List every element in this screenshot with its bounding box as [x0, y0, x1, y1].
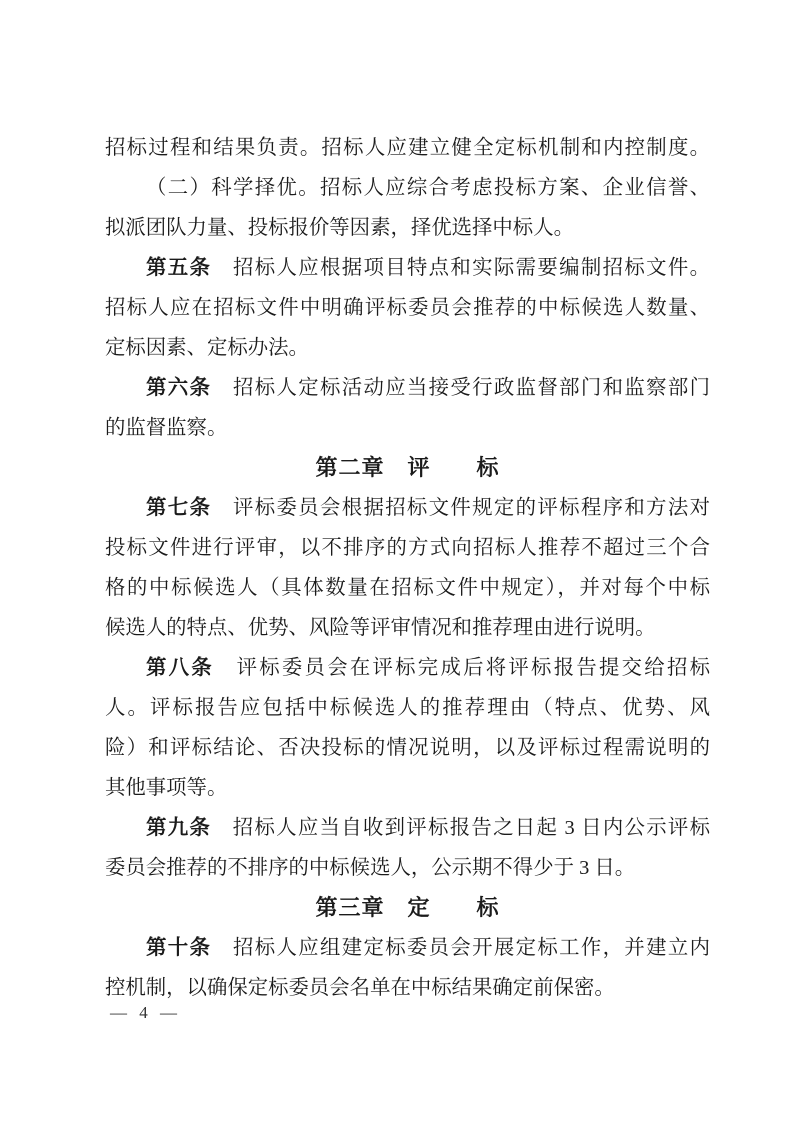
text-line: 的监督监察。 — [105, 408, 710, 448]
text-line: 拟派团队力量、投标报价等因素，择优选择中标人。 — [105, 208, 710, 248]
chapter-heading: 第三章 定 标 — [105, 888, 710, 928]
text-line: 格的中标候选人（具体数量在招标文件中规定），并对每个中标 — [105, 568, 710, 608]
text-line: 投标文件进行评审，以不排序的方式向招标人推荐不超过三个合 — [105, 528, 710, 568]
text-segment: 格的中标候选人（具体数量在招标文件中规定），并对每个中标 — [105, 577, 710, 599]
article-label: 第二章 评 标 — [315, 455, 499, 480]
text-segment: 控机制，以确保定标委员会名单在中标结果确定前保密。 — [105, 977, 615, 999]
text-segment: 险）和评标结论、否决投标的情况说明，以及评标过程需说明的 — [105, 737, 710, 759]
article-label: 第九条 — [146, 817, 211, 839]
text-line: （二）科学择优。招标人应综合考虑投标方案、企业信誉、 — [105, 168, 710, 208]
article-label: 第七条 — [146, 497, 211, 519]
text-line: 控机制，以确保定标委员会名单在中标结果确定前保密。 — [105, 968, 710, 1008]
text-segment: 评标委员会在评标完成后将评标报告提交给招标 — [214, 657, 710, 679]
text-segment: 招标人应在招标文件中明确评标委员会推荐的中标候选人数量、 — [105, 297, 710, 319]
text-segment: 招标人应组建定标委员会开展定标工作，并建立内 — [211, 937, 710, 959]
text-segment: 招标人应当自收到评标报告之日起 3 日内公示评标 — [211, 817, 710, 839]
text-line: 第五条 招标人应根据项目特点和实际需要编制招标文件。 — [105, 248, 710, 288]
text-line: 人。评标报告应包括中标候选人的推荐理由（特点、优势、风 — [105, 688, 710, 728]
article-label: 第六条 — [146, 377, 211, 399]
text-line: 第六条 招标人定标活动应当接受行政监督部门和监察部门 — [105, 368, 710, 408]
document-body: 招标过程和结果负责。招标人应建立健全定标机制和内控制度。（二）科学择优。招标人应… — [105, 128, 710, 1008]
text-line: 险）和评标结论、否决投标的情况说明，以及评标过程需说明的 — [105, 728, 710, 768]
text-segment: 拟派团队力量、投标报价等因素，择优选择中标人。 — [105, 217, 574, 239]
text-line: 第九条 招标人应当自收到评标报告之日起 3 日内公示评标 — [105, 808, 710, 848]
text-segment: 招标过程和结果负责。招标人应建立健全定标机制和内控制度。 — [105, 137, 710, 159]
page-number: — 4 — — [110, 1000, 180, 1026]
text-segment: 其他事项等。 — [105, 777, 227, 799]
text-segment: 评标委员会根据招标文件规定的评标程序和方法对 — [211, 497, 710, 519]
text-line: 招标过程和结果负责。招标人应建立健全定标机制和内控制度。 — [105, 128, 710, 168]
text-line: 第八条 评标委员会在评标完成后将评标报告提交给招标 — [105, 648, 710, 688]
text-line: 第十条 招标人应组建定标委员会开展定标工作，并建立内 — [105, 928, 710, 968]
text-segment: 人。评标报告应包括中标候选人的推荐理由（特点、优势、风 — [105, 697, 710, 719]
text-line: 第七条 评标委员会根据招标文件规定的评标程序和方法对 — [105, 488, 710, 528]
text-segment: 候选人的特点、优势、风险等评审情况和推荐理由进行说明。 — [105, 617, 656, 639]
article-label: 第五条 — [146, 257, 211, 279]
text-line: 委员会推荐的不排序的中标候选人，公示期不得少于 3 日。 — [105, 848, 710, 888]
text-segment: 招标人应根据项目特点和实际需要编制招标文件。 — [211, 257, 710, 279]
text-line: 定标因素、定标办法。 — [105, 328, 710, 368]
text-segment: 定标因素、定标办法。 — [105, 337, 309, 359]
text-line: 其他事项等。 — [105, 768, 710, 808]
text-segment: 的监督监察。 — [105, 417, 227, 439]
text-segment: 招标人定标活动应当接受行政监督部门和监察部门 — [211, 377, 710, 399]
text-segment: 委员会推荐的不排序的中标候选人，公示期不得少于 3 日。 — [105, 857, 635, 879]
article-label: 第三章 定 标 — [315, 895, 499, 920]
article-label: 第十条 — [146, 937, 211, 959]
text-segment: （二）科学择优。招标人应综合考虑投标方案、企业信誉、 — [146, 177, 710, 199]
chapter-heading: 第二章 评 标 — [105, 448, 710, 488]
document-page: 招标过程和结果负责。招标人应建立健全定标机制和内控制度。（二）科学择优。招标人应… — [0, 0, 800, 1132]
text-line: 招标人应在招标文件中明确评标委员会推荐的中标候选人数量、 — [105, 288, 710, 328]
text-segment: 投标文件进行评审，以不排序的方式向招标人推荐不超过三个合 — [105, 537, 710, 559]
text-line: 候选人的特点、优势、风险等评审情况和推荐理由进行说明。 — [105, 608, 710, 648]
article-label: 第八条 — [146, 657, 214, 679]
